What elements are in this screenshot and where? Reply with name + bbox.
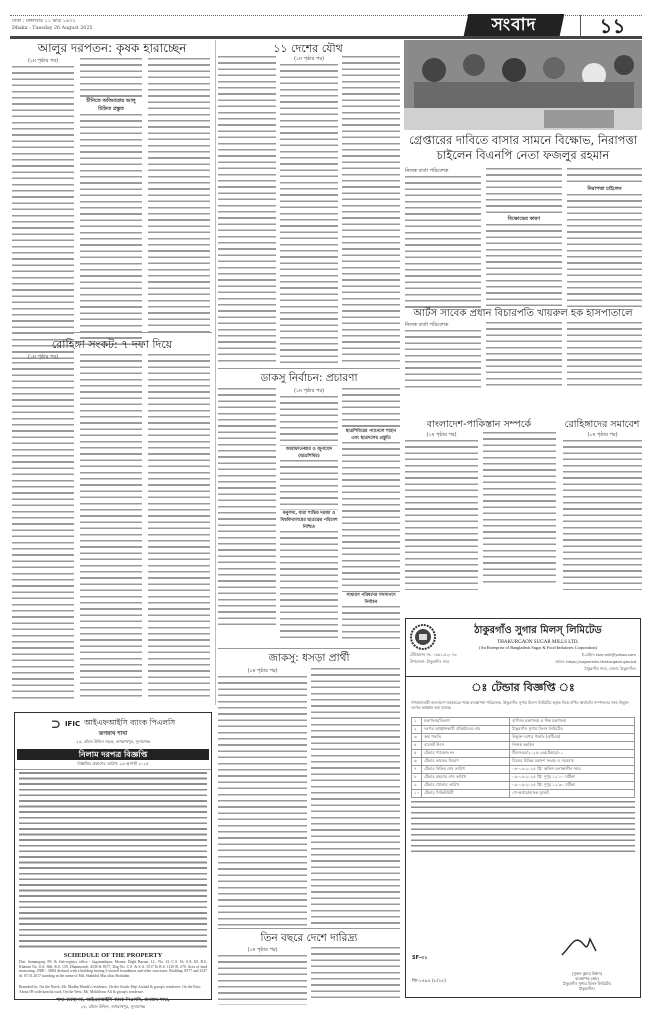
headline-jakosu: জাকসু: ধসড়া প্রার্থী	[218, 651, 400, 668]
protest-photo	[404, 40, 642, 130]
subhead: নিরাপত্তা চাইলেন	[567, 186, 642, 194]
article-body	[80, 114, 142, 349]
masthead-date-bn: ঢাকা : মঙ্গলবার ১১ ভাদ্র ১৪৩২	[12, 18, 76, 26]
article-body	[486, 168, 562, 216]
continued-label: (১ম পৃষ্ঠার পর)	[280, 388, 338, 396]
tender-table-row: ৯টেন্ডার খোলার তারিখ০৯-০৯-২০২৫ খ্রি: দুপ…	[412, 782, 635, 790]
article-body	[405, 330, 481, 390]
ref-number-2: জি-১৪৯৫ (৮/২৫)	[412, 978, 446, 985]
byline: নিজস্ব বার্তা পরিবেশক	[405, 322, 481, 330]
signature-icon	[560, 933, 600, 959]
article-body	[405, 176, 481, 311]
tender-table-row: ৩ক্রয় পদ্ধতিউন্মুক্ত দরপত্র পদ্ধতি (ওটি…	[412, 734, 635, 742]
tender-cell-no: ৩	[412, 734, 422, 742]
ific-logo-icon: ⊃	[51, 717, 61, 731]
headline-bd-pak: বাংলাদেশ-পাকিস্তান সম্পর্কে	[404, 418, 554, 433]
tender-table-row: ৭টেন্ডার বিক্রির শেষ তারিখ০৮-০৯-২০২৫ খ্র…	[412, 766, 635, 774]
tender-cell-value: ঠাকুরগাঁও সুগার মিলস লিমিটেড	[510, 726, 635, 734]
website: ওয়েব: https://sugarmills.thakurgaon.gov…	[555, 659, 636, 666]
protest-col-2: বিক্ষোভের কারণ	[486, 168, 562, 309]
poverty-col-1: (১ম পৃষ্ঠার পর)	[218, 947, 307, 1005]
article-body	[486, 322, 562, 387]
khairul-col-2	[486, 322, 562, 387]
tender-cell-no: ২	[412, 726, 422, 734]
tender-cell-label: টেন্ডার প্যাকেজ নং	[422, 750, 510, 758]
tender-cell-value: পে-অর্ডার/ব্যাংক ড্রাফট	[510, 790, 635, 798]
rohingya-col-2	[80, 354, 142, 699]
ific-schedule-text: Dist. Sunamganj, PS. & Sub-registry offi…	[19, 960, 207, 984]
ific-bank-ad: ⊃ IFIC আইএফআইসি ব্যাংক পিএলসি জগন্নাথ শা…	[14, 712, 212, 1000]
tender-notice-title: ঃ টেন্ডার বিজ্ঞপ্তি ঃ	[406, 679, 640, 698]
page-number-divider	[580, 15, 581, 37]
tender-terms	[411, 801, 635, 856]
continued-label: (১ম পৃষ্ঠার পর)	[12, 354, 74, 362]
ific-logo: IFIC	[65, 720, 80, 728]
ific-footer-address: ২৫, রমিজ উদ্দিন, জগন্নাথপুর, সুনামগঞ্জ	[15, 1004, 211, 1011]
ific-branch: জগন্নাথ শাখা	[15, 731, 211, 739]
article-body	[12, 362, 74, 702]
tender-cell-no: ৭	[412, 766, 422, 774]
article-body	[483, 432, 556, 587]
divider	[218, 648, 400, 649]
sugar-mill-tagline: (An Enterprise of Bangladesh Sugar & Foo…	[440, 645, 636, 650]
ific-address: ২৫, রমিজ উদ্দিন সড়ক, জগন্নাথপুর, সুনামগ…	[15, 739, 211, 746]
eleven-col-2: (১ম পৃষ্ঠার পর)	[280, 56, 338, 369]
tender-table-row: ২দরপত্র আহ্বানকারী প্রতিষ্ঠানের নামঠাকুর…	[412, 726, 635, 734]
ific-header: ⊃ IFIC আইএফআইসি ব্যাংক পিএলসি	[15, 717, 211, 731]
jakosu-col-2	[311, 668, 400, 924]
article-body	[567, 194, 642, 309]
tender-intro: গণপ্রজাতন্ত্রী বাংলাদেশ সরকারের পক্ষে ব্…	[411, 700, 635, 715]
tender-cell-label: টেন্ডার কাজের বিবরণ	[422, 758, 510, 766]
headline-protest-line1: গ্রেপ্তারের দাবিতে বাসার সামনে বিক্ষোভ, …	[404, 133, 642, 148]
article-body	[280, 531, 338, 641]
tender-cell-no: ৫	[412, 750, 422, 758]
continued-label: (১ম পৃষ্ঠার পর)	[12, 58, 74, 66]
jakosu-col-1: (১ম পৃষ্ঠার পর)	[218, 668, 307, 926]
article-body	[563, 440, 642, 590]
ducsu-col-2: (১ম পৃষ্ঠার পর) আরাফাতব্বার ও জুনায়েদ (…	[280, 388, 338, 641]
ific-notice-body	[19, 772, 207, 950]
byline: নিজস্ব বার্তা পরিবেশক	[405, 168, 481, 176]
tender-table: ১মন্ত্রণালয়/বিভাগবাণিজ্য মন্ত্রণালয় ও …	[411, 717, 635, 798]
eleven-col-1	[218, 56, 276, 366]
ific-notice-title: নিলাম দরপত্র বিজ্ঞপ্তি	[17, 749, 209, 760]
divider	[218, 928, 400, 929]
tender-table-row: ৫টেন্ডার প্যাকেজ নংটিএসএম/২০২৫-২৬/টেন্ডা…	[412, 750, 635, 758]
tender-cell-label: টেন্ডার বিক্রির শেষ তারিখ	[422, 766, 510, 774]
tender-cell-no: ১০	[412, 790, 422, 798]
tender-cell-no: ৮	[412, 774, 422, 782]
sugar-mill-name-bn: ঠাকুরগাঁও সুগার মিলস্ লিমিটেড	[440, 623, 636, 640]
tender-cell-value: ০৮-০৯-২০২৫ খ্রি: অফিস চলাকালীন সময়	[510, 766, 635, 774]
column-separator	[215, 40, 216, 705]
headline-rohingya: রোহিঙ্গা সংকট: ৭ দফা দিয়ে	[12, 336, 212, 355]
masthead-date-en: Dhaka : Tuesday 26 August 2025	[12, 26, 92, 31]
article-body	[218, 955, 307, 1005]
article-body	[342, 442, 400, 592]
article-body	[280, 396, 338, 446]
phone: টেলিফোন নং- ০৫৬১-৫২০৭৩	[410, 652, 456, 659]
signatory-block: (সুজন কুমার বিশ্বাস) ব্যবস্থাপক (ক্রয়) …	[542, 971, 632, 991]
article-body	[342, 388, 400, 428]
headline-potato: আলুর দরপতন: কৃষক হারাচ্ছেন	[12, 40, 212, 60]
sugar-mill-tender-ad: ঠাকুরগাঁও সুগার মিলস্ লিমিটেড THAKURGAON…	[405, 618, 641, 998]
continued-label: (১ম পৃষ্ঠার পর)	[563, 432, 642, 440]
tender-cell-label: দরপত্র আহ্বানকারী প্রতিষ্ঠানের নাম	[422, 726, 510, 734]
article-body	[567, 322, 642, 387]
signatory-loc: ঠাকুরগাঁও।	[542, 986, 632, 991]
ific-schedule-title: SCHEDULE OF THE PROPERTY	[15, 952, 211, 959]
headline-rohingya-rally: রোহিঙ্গাদের সমাবেশ	[562, 418, 642, 433]
rally-col: (১ম পৃষ্ঠার পর)	[563, 432, 642, 590]
khairul-col-3	[567, 322, 642, 387]
potato-col-3	[148, 58, 210, 336]
headline-protest-line2: চাইলেন বিএনপি নেতা ফজলুর রহমান	[404, 148, 642, 163]
tender-cell-no: ৯	[412, 782, 422, 790]
bdpak-col-2	[483, 432, 556, 587]
article-body	[148, 354, 210, 699]
tender-cell-label: টেন্ডার খোলার তারিখ	[422, 782, 510, 790]
article-body	[148, 58, 210, 336]
tender-table-row: ৪বাজেট উৎসনিজস্ব তহবিল	[412, 742, 635, 750]
continued-label: (১ম পৃষ্ঠার পর)	[218, 668, 307, 676]
tender-cell-label: বাজেট উৎস	[422, 742, 510, 750]
article-body	[342, 606, 400, 641]
article-body	[218, 676, 307, 926]
ref-number: SF-৩১	[412, 955, 427, 963]
ific-footer-signatory: শাখা ব্যবস্থাপক, আইএফআইসি ব্যাংক পিএলসি,…	[15, 997, 211, 1004]
poverty-col-2	[311, 947, 400, 1003]
subhead: ছাত্রশিবিরের প্যানেলে শাহান এবং ছাত্রদলে…	[342, 428, 400, 442]
article-body	[80, 58, 142, 98]
headline-khairul: আর্টস সাবেক প্রধান বিচারপতি খায়রুল হক হ…	[404, 306, 642, 323]
tender-cell-no: ১	[412, 718, 422, 726]
subhead: বিক্ষোভের কারণ	[486, 216, 562, 224]
tender-cell-no: ৪	[412, 742, 422, 750]
photo-crowd-icon	[404, 40, 642, 130]
continued-label: (১ম পৃষ্ঠার পর)	[405, 432, 478, 440]
article-body	[405, 440, 478, 590]
protest-col-3: নিরাপত্তা চাইলেন	[567, 168, 642, 309]
masthead-bottom-rule	[10, 36, 642, 39]
tender-cell-value: মিলের বিভিন্ন যন্ত্রাংশ সংগ্রহ ও সরবরাহ	[510, 758, 635, 766]
article-body	[567, 168, 642, 186]
article-body	[280, 64, 338, 369]
continued-label: (১ম পৃষ্ঠার পর)	[280, 56, 338, 64]
article-body	[80, 354, 142, 699]
article-body	[342, 56, 400, 366]
potato-col-2: চীনিতে অতিমাত্রায় আলু চিহ্নিত প্রস্তুত	[80, 58, 142, 349]
article-body	[311, 668, 400, 924]
subhead: কবুলদা, যারা শান্তির দরজা ও বিশ্ববিদ্যাল…	[280, 510, 338, 531]
tender-cell-no: ৬	[412, 758, 422, 766]
article-body	[280, 460, 338, 510]
tender-cell-label: টেন্ডার সিকিউরিটি	[422, 790, 510, 798]
ducsu-col-1	[218, 388, 276, 628]
subhead: সাধারণ পরিষদের সদস্যপদে নির্বাচন	[342, 592, 400, 606]
location: ঠাকুরগাঁও সদর, জেলা- ঠাকুরগাঁও।	[555, 666, 636, 673]
tender-table-row: ৬টেন্ডার কাজের বিবরণমিলের বিভিন্ন যন্ত্র…	[412, 758, 635, 766]
ducsu-col-3: ছাত্রশিবিরের প্যানেলে শাহান এবং ছাত্রদলে…	[342, 388, 400, 641]
article-body	[218, 56, 276, 366]
divider	[218, 368, 400, 369]
sugar-mill-header: ঠাকুরগাঁও সুগার মিলস্ লিমিটেড THAKURGAON…	[406, 619, 640, 650]
district: উপজেলা: ঠাকুরগাঁও সদর	[410, 659, 456, 666]
ific-bounded-by: Bounded by: On the North: Mr. Madhu Mani…	[19, 985, 207, 995]
divider	[12, 332, 212, 333]
tender-cell-label: ক্রয় পদ্ধতি	[422, 734, 510, 742]
tender-table-row: ৮টেন্ডার গ্রহণের শেষ তারিখ০৯-০৯-২০২৫ খ্র…	[412, 774, 635, 782]
tender-cell-value: উন্মুক্ত দরপত্র পদ্ধতি (ওটিএম)	[510, 734, 635, 742]
sugar-mill-contact: টেলিফোন নং- ০৫৬১-৫২০৭৩উপজেলা: ঠাকুরগাঁও …	[406, 650, 640, 675]
ific-notice-date: বিজ্ঞপ্তির প্রকাশের তারিখ: ২৬ আগস্ট ২০২৫	[15, 761, 211, 770]
tender-table-row: ১মন্ত্রণালয়/বিভাগবাণিজ্য মন্ত্রণালয় ও …	[412, 718, 635, 726]
rohingya-col-3	[148, 354, 210, 699]
tender-cell-label: টেন্ডার গ্রহণের শেষ তারিখ	[422, 774, 510, 782]
tender-table-row: ১০টেন্ডার সিকিউরিটিপে-অর্ডার/ব্যাংক ড্রা…	[412, 790, 635, 798]
article-body	[311, 947, 400, 1003]
subhead: আরাফাতব্বার ও জুনায়েদ (ছাত্রশিবির)	[280, 446, 338, 460]
tender-cell-value: ০৯-০৯-২০২৫ খ্রি: দুপুর ১২:০০ ঘটিকা	[510, 774, 635, 782]
article-body	[486, 224, 562, 309]
tender-cell-value: বাণিজ্য মন্ত্রণালয় ও শিল্প মন্ত্রণালয়	[510, 718, 635, 726]
bdpak-col-1: (১ম পৃষ্ঠার পর)	[405, 432, 478, 590]
headline-ducsu: ডাকসু নির্বাচন: প্রচারণা	[218, 371, 400, 388]
tender-cell-value: টিএসএম/২০২৫-২৬/টেন্ডার/০১	[510, 750, 635, 758]
eleven-col-3	[342, 56, 400, 366]
protest-col-1: নিজস্ব বার্তা পরিবেশক	[405, 168, 481, 311]
article-body	[218, 388, 276, 628]
rohingya-col-1: (১ম পৃষ্ঠার পর)	[12, 354, 74, 702]
ific-bank-name: আইএফআইসি ব্যাংক পিএলসি	[84, 718, 175, 730]
potato-subhead: চীনিতে অতিমাত্রায় আলু চিহ্নিত প্রস্তুত	[80, 98, 142, 114]
sugar-mill-logo-icon	[410, 624, 436, 650]
email: ই-মেইল: tsm.mill@yahoo.com	[555, 652, 636, 659]
tender-cell-value: ০৯-০৯-২০২৫ খ্রি: দুপুর ১২:৩০ ঘটিকা	[510, 782, 635, 790]
headline-poverty: তিন বছরে দেশে দারিদ্র্য	[218, 931, 400, 948]
tender-cell-label: মন্ত্রণালয়/বিভাগ	[422, 718, 510, 726]
continued-label: (১ম পৃষ্ঠার পর)	[218, 947, 307, 955]
tender-cell-value: নিজস্ব তহবিল	[510, 742, 635, 750]
khairul-col-1: নিজস্ব বার্তা পরিবেশক	[405, 322, 481, 390]
